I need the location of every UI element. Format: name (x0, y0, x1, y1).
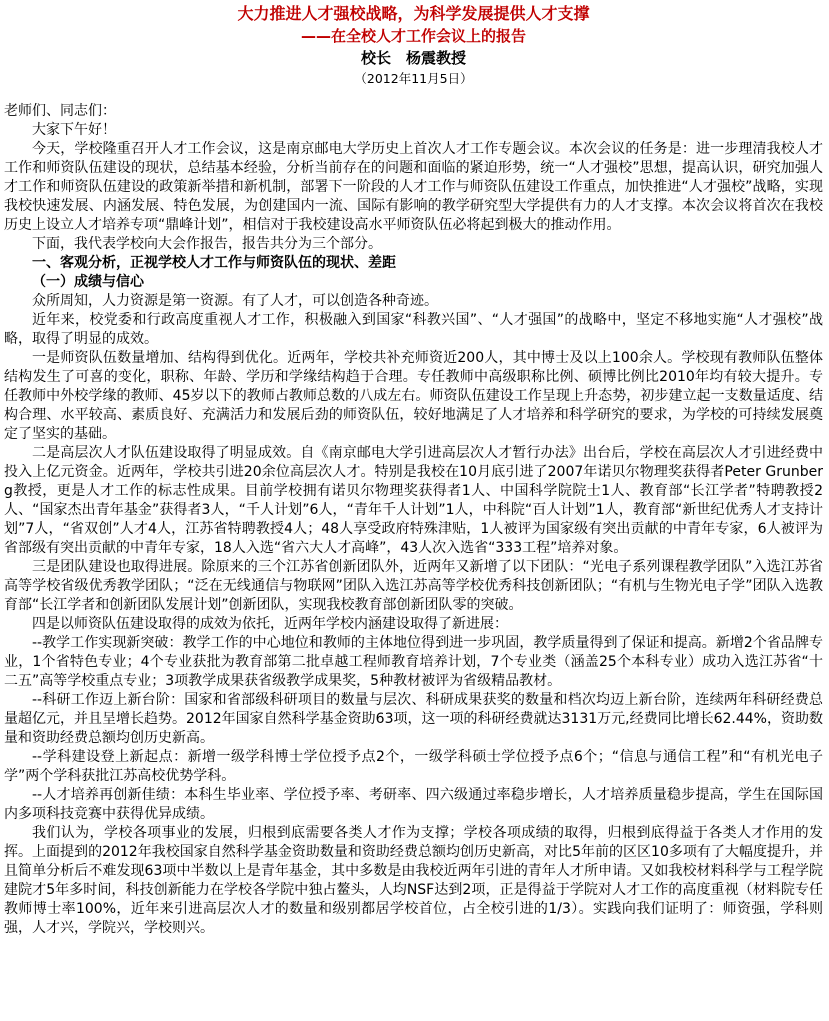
paragraph: --教学工作实现新突破：教学工作的中心地位和教师的主体地位得到进一步巩固，教学质… (4, 634, 823, 691)
paragraph: 一、客观分析，正视学校人才工作与师资队伍的现状、差距 (4, 254, 823, 273)
document-title: 大力推进人才强校战略，为科学发展提供人才支撑 (4, 3, 823, 25)
paragraph: 近年来，校党委和行政高度重视人才工作，积极融入到国家“科教兴国”、“人才强国”的… (4, 311, 823, 349)
paragraph: 老师们、同志们： (4, 102, 823, 121)
paragraph: 二是高层次人才队伍建设取得了明显成效。自《南京邮电大学引进高层次人才暂行办法》出… (4, 444, 823, 558)
paragraph: 四是以师资队伍建设取得的成效为依托，近两年学校内涵建设取得了新进展： (4, 615, 823, 634)
document-page: 大力推进人才强校战略，为科学发展提供人才支撑 ——在全校人才工作会议上的报告 校… (0, 0, 829, 1021)
date-line: （2012年11月5日） (4, 69, 823, 89)
paragraph: 大家下午好！ (4, 121, 823, 140)
paragraph: --学科建设登上新起点：新增一级学科博士学位授予点2个，一级学科硕士学位授予点6… (4, 748, 823, 786)
document-subtitle: ——在全校人才工作会议上的报告 (4, 25, 823, 47)
paragraph: 我们认为，学校各项事业的发展，归根到底需要各类人才作为支撑；学校各项成绩的取得，… (4, 824, 823, 938)
paragraph: --科研工作迈上新台阶：国家和省部级科研项目的数量与层次、科研成果获奖的数量和档… (4, 691, 823, 748)
paragraph: （一）成绩与信心 (4, 273, 823, 292)
author-line: 校长 杨震教授 (4, 47, 823, 69)
document-body: 老师们、同志们：大家下午好！今天，学校隆重召开人才工作会议，这是南京邮电大学历史… (4, 102, 823, 938)
paragraph: 三是团队建设也取得进展。除原来的三个江苏省创新团队外，近两年又新增了以下团队：“… (4, 558, 823, 615)
paragraph: --人才培养再创新佳绩：本科生毕业率、学位授予率、考研率、四六级通过率稳步增长，… (4, 786, 823, 824)
paragraph: 今天，学校隆重召开人才工作会议，这是南京邮电大学历史上首次人才工作专题会议。本次… (4, 140, 823, 235)
paragraph: 一是师资队伍数量增加、结构得到优化。近两年，学校共补充师资近200人，其中博士及… (4, 349, 823, 444)
paragraph: 众所周知，人力资源是第一资源。有了人才，可以创造各种奇迹。 (4, 292, 823, 311)
paragraph: 下面，我代表学校向大会作报告，报告共分为三个部分。 (4, 235, 823, 254)
